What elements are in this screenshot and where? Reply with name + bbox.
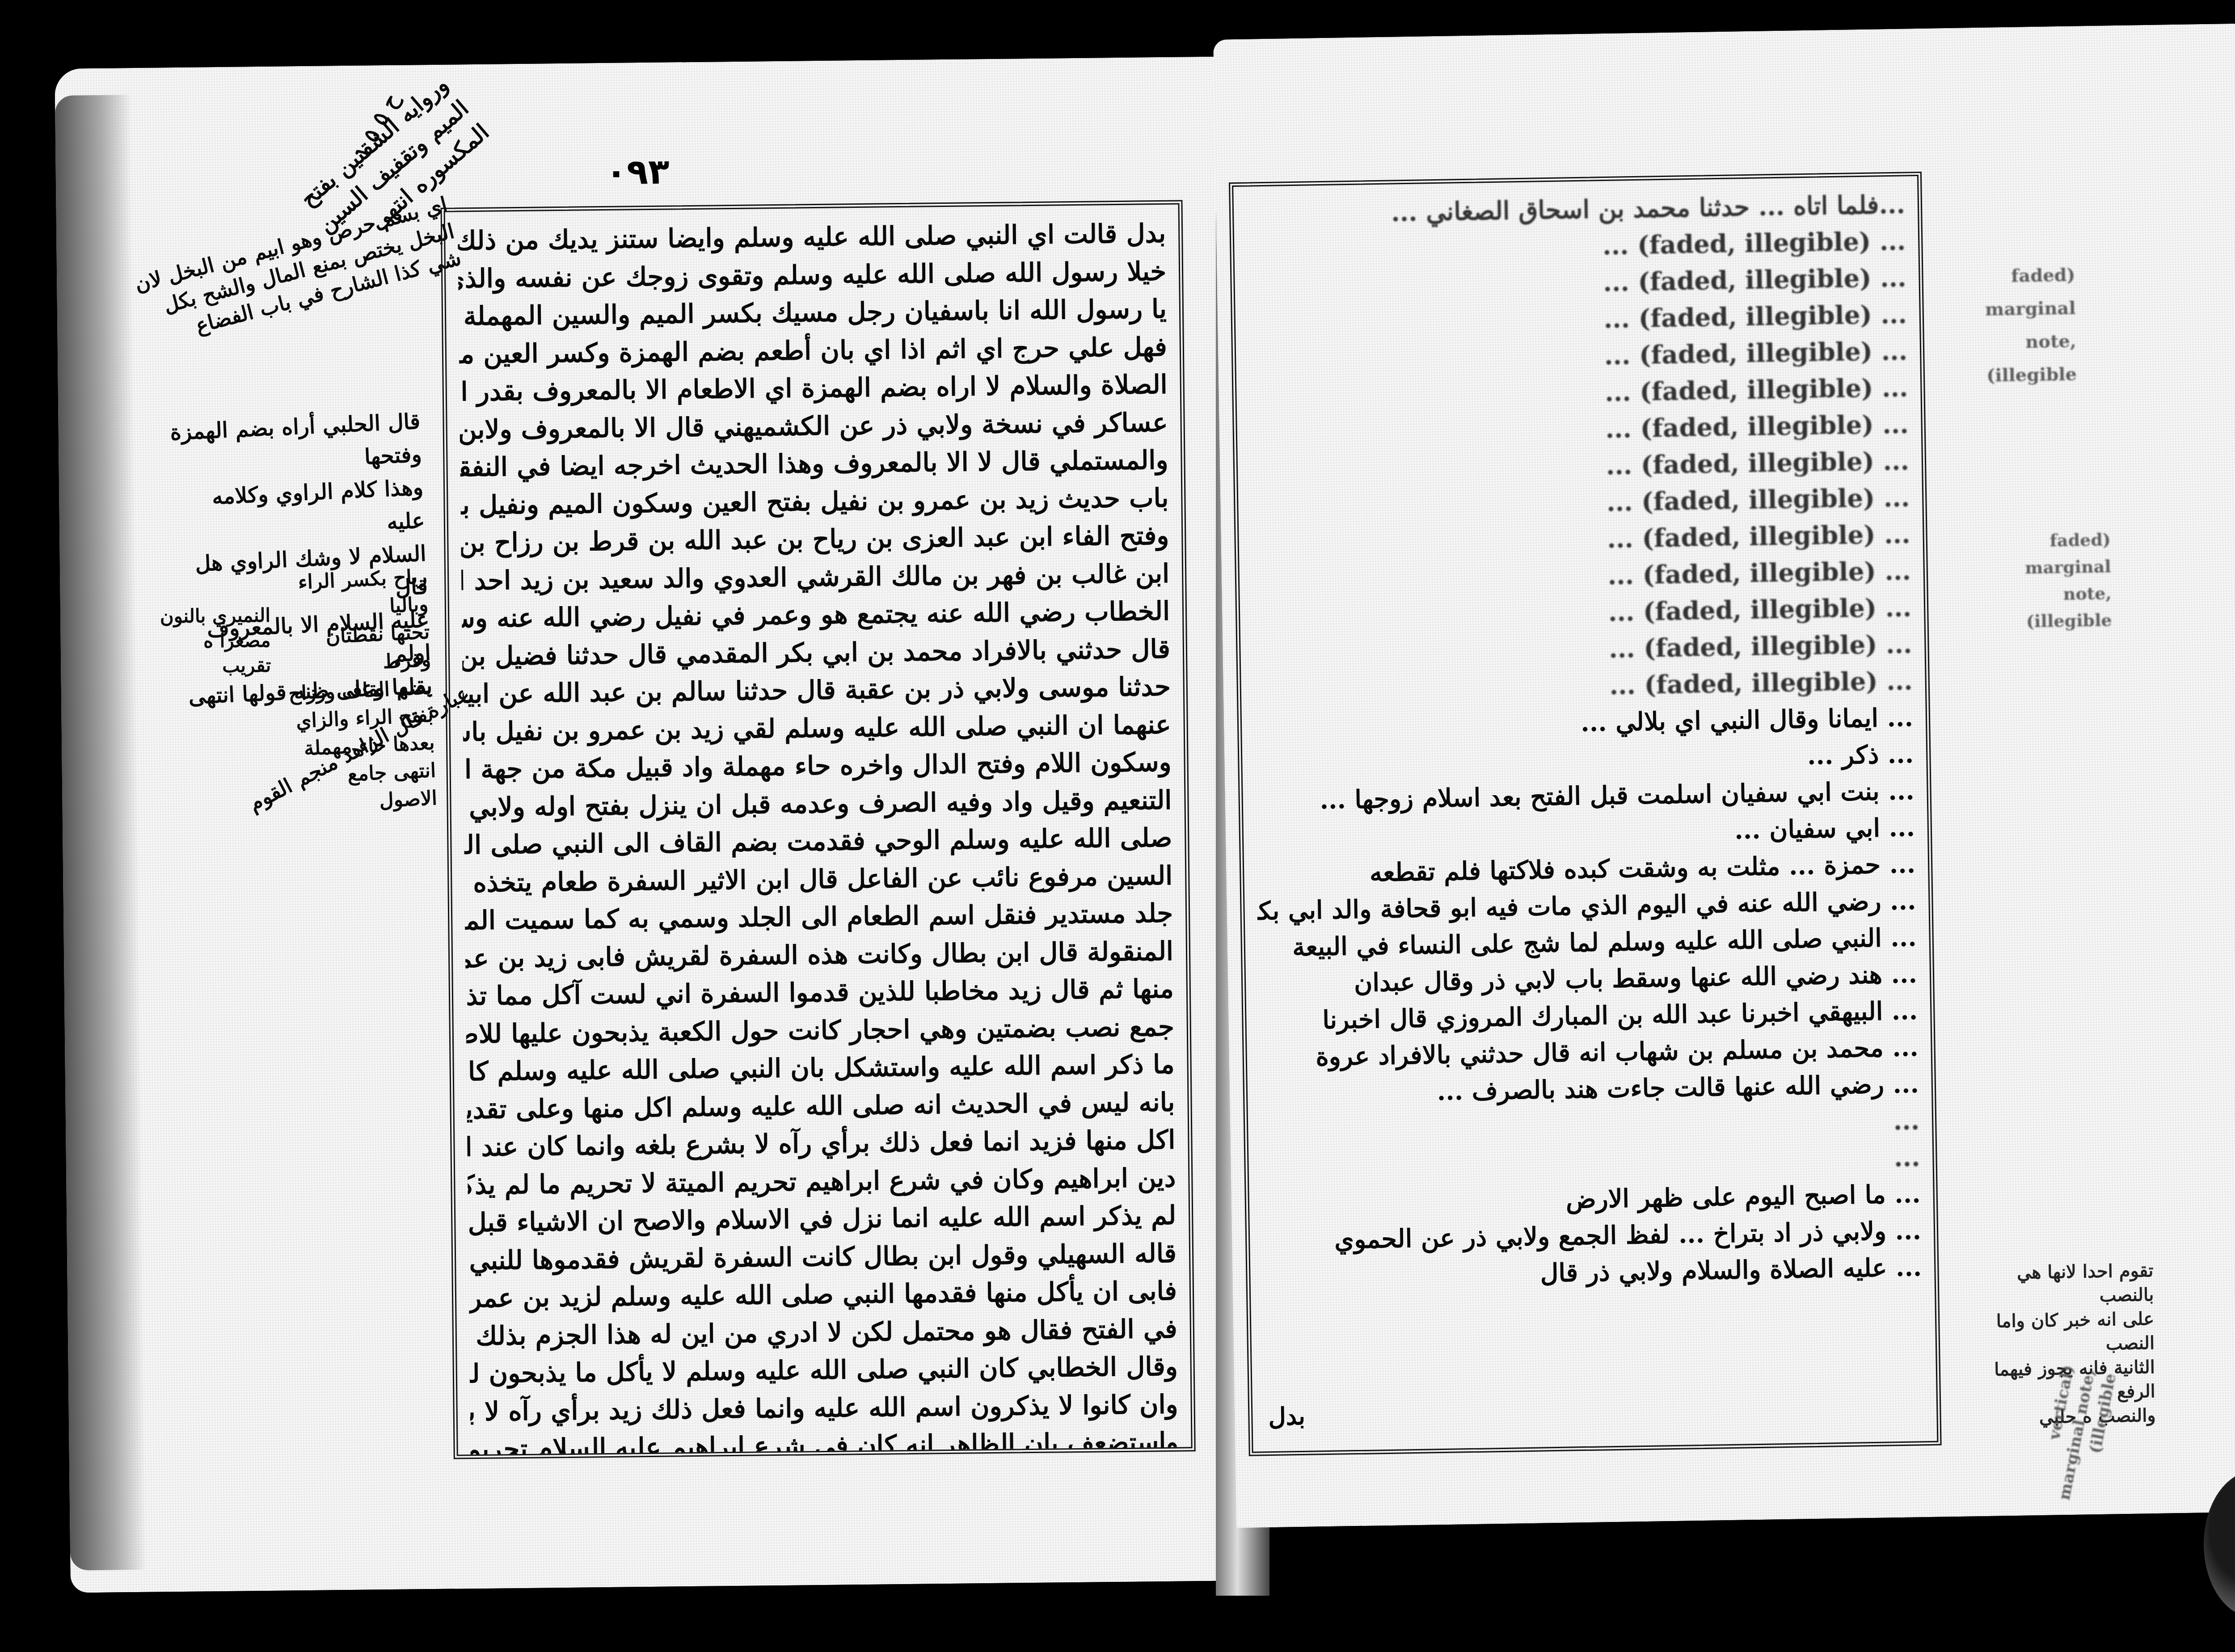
text-line: السين مرفوع نائب عن الفاعل قال ابن الاثي…: [464, 856, 1173, 902]
text-line: قال حدثني بالافراد محمد بن ابي بكر المقد…: [462, 630, 1171, 675]
catchword: بدل: [1268, 1402, 1306, 1431]
text-line: المنقولة قال ابن بطال وكانت هذه السفرة ل…: [465, 932, 1174, 977]
folio-number: ٠٩٣: [605, 152, 670, 192]
scan-shadow: [1225, 1578, 2235, 1652]
margin-note: النميري بالنون مصغرا ه تقريب: [150, 603, 271, 679]
margin-note: (faded marginal note, illegible): [1941, 259, 2077, 393]
text-line: صلى الله عليه وسلم الوحي فقدمت بضم القاف…: [464, 819, 1172, 864]
text-line: اكل منها فزيد انما فعل ذلك برأي رآه لا ب…: [467, 1121, 1176, 1166]
text-line: حدثنا موسى ولابي ذر بن عقبة قال حدثنا سا…: [462, 668, 1171, 713]
text-line: وان كانوا لا يذكرون اسم الله عليه وانما …: [470, 1385, 1178, 1430]
text-line: فابى ان يأكل منها فقدمها النبي صلى الله …: [469, 1272, 1177, 1317]
text-line: ما ذكر اسم الله عليه واستشكل بان النبي ص…: [466, 1045, 1175, 1091]
right-page: ...فلما اتاه ... حدثنا محمد بن اسحاق الص…: [1213, 23, 2235, 1528]
text-line: بدل قالت اي النبي صلى الله عليه وسلم واي…: [458, 215, 1166, 260]
text-line: جمع نصب بضمتين وهي احجار كانت حول الكعبة…: [466, 1007, 1174, 1053]
text-line: قاله السهيلي وقول ابن بطال كانت السفرة ل…: [468, 1234, 1177, 1279]
text-line: وفتح الفاء ابن عبد العزى بن رياح بن عبد …: [461, 517, 1169, 562]
text-line: التنعيم وقيل واد وفيه الصرف وعدمه قبل ان…: [464, 781, 1172, 826]
text-line: خيلا رسول الله صلى الله عليه وسلم وتقوى …: [458, 252, 1167, 297]
text-line: بانه ليس في الحديث انه صلى الله عليه وسل…: [467, 1083, 1175, 1128]
margin-note: (faded marginal note, illegible): [1994, 526, 2112, 635]
text-line: والمستملي قال لا الا بالمعروف وهذا الحدي…: [460, 441, 1168, 486]
text-line: فهل علي حرج اي اثم اذا اي بان أطعم بضم ا…: [459, 328, 1168, 373]
left-page: ٠٩٣ وروايه الشقتين بفتح الميم وتقفيف الس…: [55, 56, 1242, 1593]
text-line: في الفتح فقال هو محتمل لكن لا ادري من اي…: [469, 1310, 1178, 1355]
main-text-block: بدل قالت اي النبي صلى الله عليه وسلم واي…: [441, 200, 1196, 1459]
text-line: وقال الخطابي كان النبي صلى الله عليه وسل…: [469, 1348, 1178, 1393]
text-line: عساكر في نسخة ولابي ذر عن الكشميهني قال …: [460, 403, 1168, 448]
text-line: عنهما ان النبي صلى الله عليه وسلم لقي زي…: [463, 705, 1171, 750]
text-line: ابن غالب بن فهر بن مالك القرشي العدوي وا…: [461, 554, 1170, 599]
text-line: يا رسول الله انا باسفيان رجل مسيك بكسر ا…: [459, 290, 1167, 335]
text-line: جلد مستدير فنقل اسم الطعام الى الجلد وسم…: [465, 894, 1173, 940]
text-line: لم يذكر اسم الله عليه انما نزل في الاسلا…: [468, 1197, 1177, 1242]
text-line: منها ثم قال زيد مخاطبا للذين قدموا السفر…: [466, 970, 1174, 1015]
chapter-heading-line: باب حديث زيد بن عمرو بن نفيل بفتح العين …: [460, 479, 1169, 524]
text-line: دين ابراهيم وكان في شرع ابراهيم تحريم ال…: [468, 1159, 1176, 1204]
text-line: الخطاب رضي الله عنه يجتمع هو وعمر في نفي…: [462, 592, 1170, 637]
text-line: الصلاة والسلام لا اراه بضم الهمزة اي الا…: [459, 366, 1168, 411]
main-text-block: ...فلما اتاه ... حدثنا محمد بن اسحاق الص…: [1229, 172, 1942, 1456]
text-line: وسكون اللام وفتح الدال واخره حاء مهملة و…: [463, 743, 1172, 788]
